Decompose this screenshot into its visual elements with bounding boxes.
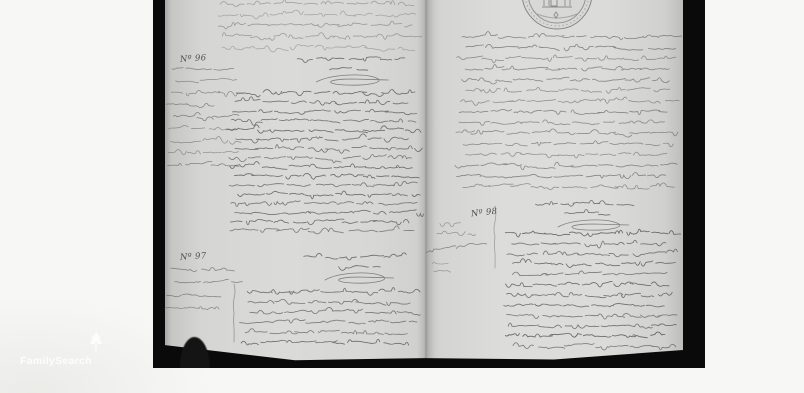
entry98-body-handwriting xyxy=(500,228,684,362)
signature-heading-3-handwriting xyxy=(532,196,658,232)
entry98-margin-small-handwriting xyxy=(428,258,478,286)
familysearch-watermark: FamilySearch xyxy=(20,355,92,367)
entry97-number: Nº 97 xyxy=(180,251,207,262)
record-image-viewer: Nº 96Nº 97Nº 98 FamilySearch xyxy=(0,0,804,393)
entry97-body-handwriting xyxy=(236,286,428,358)
oval-stamp-seal-icon xyxy=(517,0,597,32)
signature-heading-1-handwriting xyxy=(290,51,418,87)
signature-heading-2-handwriting xyxy=(300,249,422,285)
tree-logo-icon xyxy=(88,330,104,352)
watermark-text: FamilySearch xyxy=(20,355,92,367)
document-scan[interactable]: Nº 96Nº 97Nº 98 xyxy=(153,0,705,368)
entry96-number: Nº 96 xyxy=(180,53,207,65)
right-entry-body-top-handwriting xyxy=(452,32,683,203)
entry96-body-handwriting xyxy=(224,88,428,245)
